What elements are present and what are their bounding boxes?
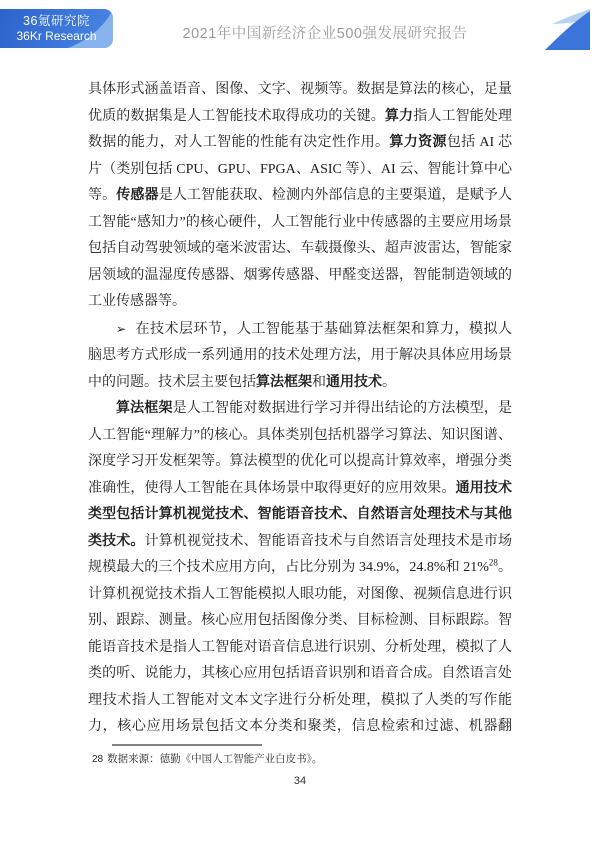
text-segment: 。计算机视觉技术指人工智能模拟人眼功能，对图像、视频信息进行识别、跟踪、测量。核…	[88, 560, 512, 742]
bullet-arrow-icon: ➢	[116, 322, 126, 336]
page-header: 36氪研究院 36Kr Research 2021年中国新经济企业500强发展研…	[0, 0, 600, 60]
bullet-paragraph: ➢在技术层环节，人工智能基于基础算法框架和算力，模拟人脑思考方式形成一系列通用的…	[88, 316, 512, 397]
bold-text-segment: 算法框架	[116, 401, 173, 416]
bold-text-segment: 算法框架	[256, 375, 312, 390]
text-segment: 是人工智能获取、检测内外部信息的主要渠道，是赋予人工智能“感知力”的核心硬件，人…	[88, 188, 512, 309]
footnote-text: 数据来源：德勤《中国人工智能产业白皮书》。	[107, 754, 322, 765]
text-segment: 计算机视觉技术、智能语音技术与自然语言处理技术是市场规模最大的三个技术应用方向，…	[88, 534, 512, 576]
footnote: 28数据来源：德勤《中国人工智能产业白皮书》。	[92, 752, 516, 768]
page-number: 34	[0, 775, 600, 787]
corner-wave-icon	[545, 9, 591, 51]
report-page: 36氪研究院 36Kr Research 2021年中国新经济企业500强发展研…	[0, 0, 600, 847]
36kr-research-logo-badge: 36氪研究院 36Kr Research	[0, 9, 113, 48]
text-segment: 。	[382, 375, 396, 390]
paragraph: 算法框架是人工智能对数据进行学习并得出结论的方法模型，是人工智能“理解力”的核心…	[88, 396, 512, 742]
logo-text-cn: 36氪研究院	[0, 13, 113, 29]
footnote-number: 28	[92, 754, 103, 765]
logo-text-en: 36Kr Research	[0, 29, 113, 44]
bold-text-segment: 算力资源	[389, 135, 446, 150]
bold-text-segment: 算力	[385, 109, 413, 124]
footnote-separator	[112, 744, 262, 746]
paragraph: 具体形式涵盖语音、图像、文字、视频等。数据是算法的核心，足量优质的数据集是人工智…	[88, 77, 512, 316]
text-segment: 和	[312, 375, 326, 390]
bold-text-segment: 传感器	[116, 188, 158, 203]
footnote-reference: 28	[489, 557, 498, 567]
bold-text-segment: 通用技术	[326, 375, 382, 390]
document-body: 具体形式涵盖语音、图像、文字、视频等。数据是算法的核心，足量优质的数据集是人工智…	[88, 77, 512, 742]
report-title: 2021年中国新经济企业500强发展研究报告	[110, 22, 540, 43]
